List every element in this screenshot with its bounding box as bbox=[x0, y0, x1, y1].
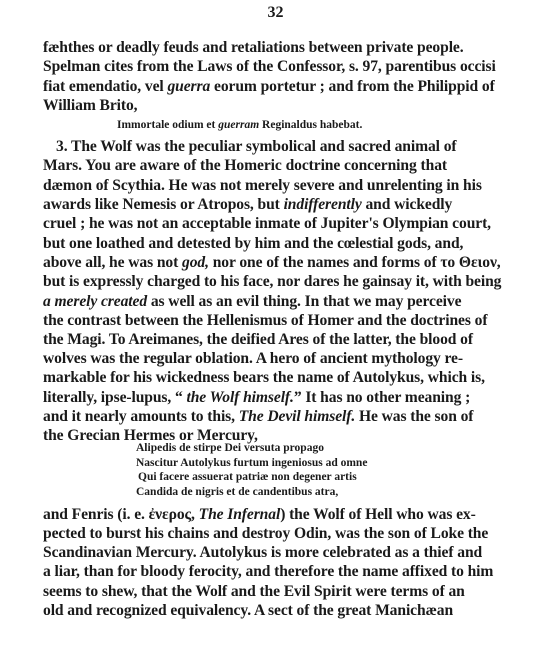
text-line: but one loathed and detested by him and … bbox=[43, 234, 447, 253]
text-line: cruel ; he was not an acceptable inmate … bbox=[43, 214, 447, 233]
text-line: a liar, than for bloody ferocity, and th… bbox=[43, 562, 447, 581]
text-line: the contrast between the Hellenismus of … bbox=[43, 311, 447, 330]
text-line: fiat emendatio, vel guerra eorum portetu… bbox=[43, 77, 447, 96]
italic-text: a merely created bbox=[43, 293, 147, 310]
text-line: literally, ipse-lupus, “ the Wolf himsel… bbox=[43, 388, 447, 407]
text-line: pected to burst his chains and destroy O… bbox=[43, 524, 447, 543]
italic-text: guerram bbox=[218, 119, 259, 131]
verse-line: Alipedis de stirpe Dei versuta propago bbox=[136, 441, 324, 455]
page-number: 32 bbox=[2, 4, 547, 22]
text-line: and Fenris (i. e. ἐνερος, The Infernal) … bbox=[43, 505, 447, 524]
text-line: 3. The Wolf was the peculiar symbolical … bbox=[56, 137, 447, 156]
text-line: markable for his wickedness bears the na… bbox=[43, 368, 447, 387]
text-line: Mars. You are aware of the Homeric doctr… bbox=[43, 156, 447, 175]
block-quote: Immortale odium et guerram Reginaldus ha… bbox=[117, 118, 362, 132]
text-line: old and recognized equivalency. A sect o… bbox=[43, 601, 447, 620]
verse-line: Qui facere assuerat patriæ non degener a… bbox=[138, 470, 357, 484]
text-line: dæmon of Scythia. He was not merely seve… bbox=[43, 176, 447, 195]
italic-text: The Infernal bbox=[199, 506, 281, 523]
italic-text: indifferently bbox=[284, 196, 362, 213]
text-line: Scandinavian Mercury. Autolykus is more … bbox=[43, 543, 447, 562]
text-line: seems to shew, that the Wolf and the Evi… bbox=[43, 582, 447, 601]
text-line: the Magi. To Areimanes, the deified Ares… bbox=[43, 330, 447, 349]
text-line: fæhthes or deadly feuds and retaliations… bbox=[43, 38, 447, 57]
italic-text: the Wolf himself. bbox=[187, 389, 294, 406]
text-line: above all, he was not god, nor one of th… bbox=[43, 253, 447, 272]
text-line: William Brito, bbox=[43, 96, 447, 115]
text-line: a merely created as well as an evil thin… bbox=[43, 292, 447, 311]
verse-line: Nascitur Autolykus furtum ingeniosus ad … bbox=[136, 456, 367, 470]
text-line: awards like Nemesis or Atropos, but indi… bbox=[43, 195, 447, 214]
italic-text: god, bbox=[182, 254, 209, 271]
italic-text: guerra bbox=[167, 78, 210, 95]
text-line: and it nearly amounts to this, The Devil… bbox=[43, 407, 447, 426]
text-line: wolves was the regular oblation. A hero … bbox=[43, 349, 447, 368]
text-line: but is expressly charged to his face, no… bbox=[43, 272, 447, 291]
italic-text: The Devil himself. bbox=[239, 408, 355, 425]
text-line: Spelman cites from the Laws of the Confe… bbox=[43, 57, 447, 76]
verse-line: Candida de nigris et de candentibus atra… bbox=[136, 485, 338, 499]
